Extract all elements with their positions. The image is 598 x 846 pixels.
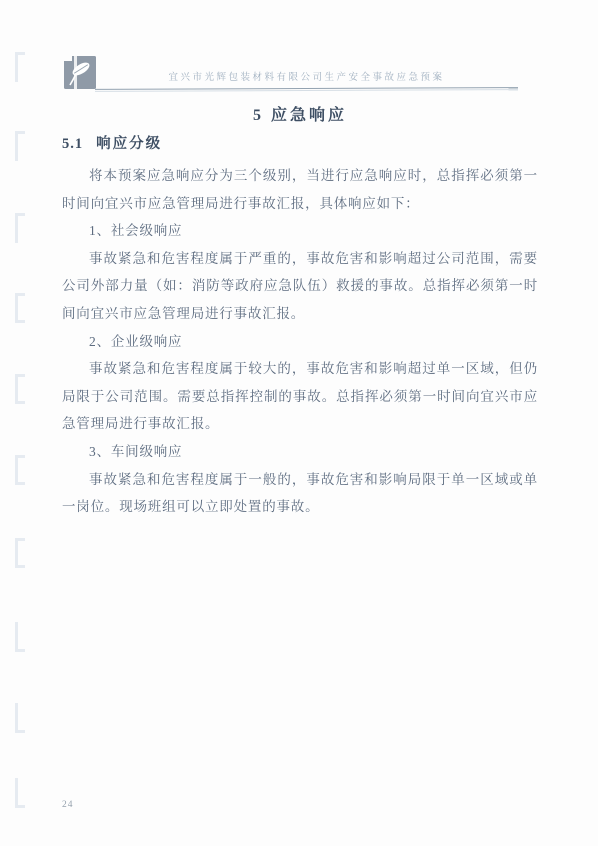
document-body: 5 应急响应 5.1响应分级 将本预案应急响应分为三个级别，当进行应急响应时，总…: [62, 104, 538, 521]
binding-scan-mark: [15, 538, 20, 568]
paragraph: 事故紧急和危害程度属于严重的，事故危害和影响超过公司范围，需要公司外部力量（如：…: [62, 245, 538, 328]
header-document-title: 宜兴市光辉包装材料有限公司生产安全事故应急预案: [95, 69, 518, 83]
section-number: 5.1: [62, 136, 83, 152]
paragraph: 事故紧急和危害程度属于较大的，事故危害和影响超过单一区域，但仍局限于公司范围。需…: [62, 355, 538, 438]
section-heading: 5.1响应分级: [62, 133, 538, 155]
list-item-heading: 3、车间级响应: [62, 438, 538, 466]
binding-scan-mark: [15, 703, 20, 733]
section-heading-text: 响应分级: [96, 136, 162, 152]
header-rule: [95, 87, 518, 92]
chapter-title: 5 应急响应: [62, 104, 538, 128]
list-item-heading: 1、社会级响应: [62, 217, 538, 245]
binding-scan-mark: [15, 293, 20, 323]
binding-scan-mark: [15, 778, 20, 808]
binding-scan-mark: [15, 455, 20, 485]
paragraph: 事故紧急和危害程度属于一般的，事故危害和影响局限于单一区域或单一岗位。现场班组可…: [62, 466, 538, 521]
binding-scan-mark: [15, 374, 20, 404]
binding-scan-mark: [15, 52, 20, 82]
list-item-heading: 2、企业级响应: [62, 328, 538, 356]
page-number: 24: [62, 800, 74, 810]
binding-scan-mark: [15, 622, 20, 652]
binding-scan-mark: [15, 213, 20, 243]
paragraph: 将本预案应急响应分为三个级别，当进行应急响应时，总指挥必须第一时间向宜兴市应急管…: [62, 162, 538, 217]
binding-scan-mark: [15, 131, 20, 161]
company-logo-icon: [64, 56, 96, 89]
document-page: 宜兴市光辉包装材料有限公司生产安全事故应急预案 5 应急响应 5.1响应分级 将…: [0, 0, 598, 846]
